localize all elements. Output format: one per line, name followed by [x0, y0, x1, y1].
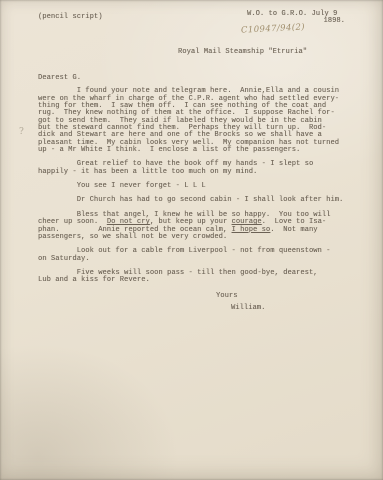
- valediction: Yours: [216, 293, 363, 300]
- typed-text: You see I never forget - L L L: [38, 182, 206, 190]
- typed-text: Lub and a kiss for Revere.: [38, 276, 150, 284]
- typed-text: . Not many: [270, 226, 317, 234]
- typed-line: You see I never forget - L L L: [38, 183, 363, 190]
- letterhead-steamship: Royal Mail Steamship "Etruria": [178, 49, 307, 56]
- paragraph: You see I never forget - L L L: [38, 183, 363, 190]
- correspondents-date-line: W.O. to G.R.O. July 9: [247, 11, 367, 18]
- typed-text: up - a Mr White I think. I enclose a lis…: [38, 146, 300, 154]
- paragraph: Great relief to have the book off my han…: [38, 161, 363, 176]
- typed-line: passengers, so we shall not be very crow…: [38, 234, 363, 241]
- pencil-reference-number: C10947/94(2): [241, 22, 306, 35]
- signature: William.: [231, 305, 363, 312]
- salutation: Dearest G.: [38, 75, 363, 82]
- closing-block: Yours William.: [38, 293, 363, 313]
- paragraphs-container: I found your note and telegram here. Ann…: [38, 88, 363, 284]
- paragraph: Bless that angel, I knew he will be so h…: [38, 212, 363, 241]
- paragraph: Dr Church has had to go second cabin - I…: [38, 197, 363, 204]
- letter-scan: (pencil script) W.O. to G.R.O. July 9 18…: [0, 0, 383, 480]
- underlined-text: I hope so: [232, 226, 271, 234]
- pencil-script-note: (pencil script): [38, 14, 103, 21]
- letter-body: Dearest G. I found your note and telegra…: [38, 75, 363, 312]
- typed-line: happily - it has been a little too much …: [38, 169, 363, 176]
- typed-line: up - a Mr White I think. I enclose a lis…: [38, 147, 363, 154]
- typed-line: on Saturday.: [38, 256, 363, 263]
- typed-text: passengers, so we shall not be very crow…: [38, 233, 227, 241]
- typed-text: on Saturday.: [38, 255, 90, 263]
- margin-question-mark: ?: [19, 127, 24, 137]
- typed-text: Dr Church has had to go second cabin - I…: [38, 196, 343, 204]
- typed-text: happily - it has been a little too much …: [38, 168, 257, 176]
- paragraph: Five weeks will soon pass - till then go…: [38, 270, 363, 285]
- paragraph: Look out for a cable from Liverpool - no…: [38, 248, 363, 263]
- typed-line: Dr Church has had to go second cabin - I…: [38, 197, 363, 204]
- typed-line: Lub and a kiss for Revere.: [38, 277, 363, 284]
- paragraph: I found your note and telegram here. Ann…: [38, 88, 363, 154]
